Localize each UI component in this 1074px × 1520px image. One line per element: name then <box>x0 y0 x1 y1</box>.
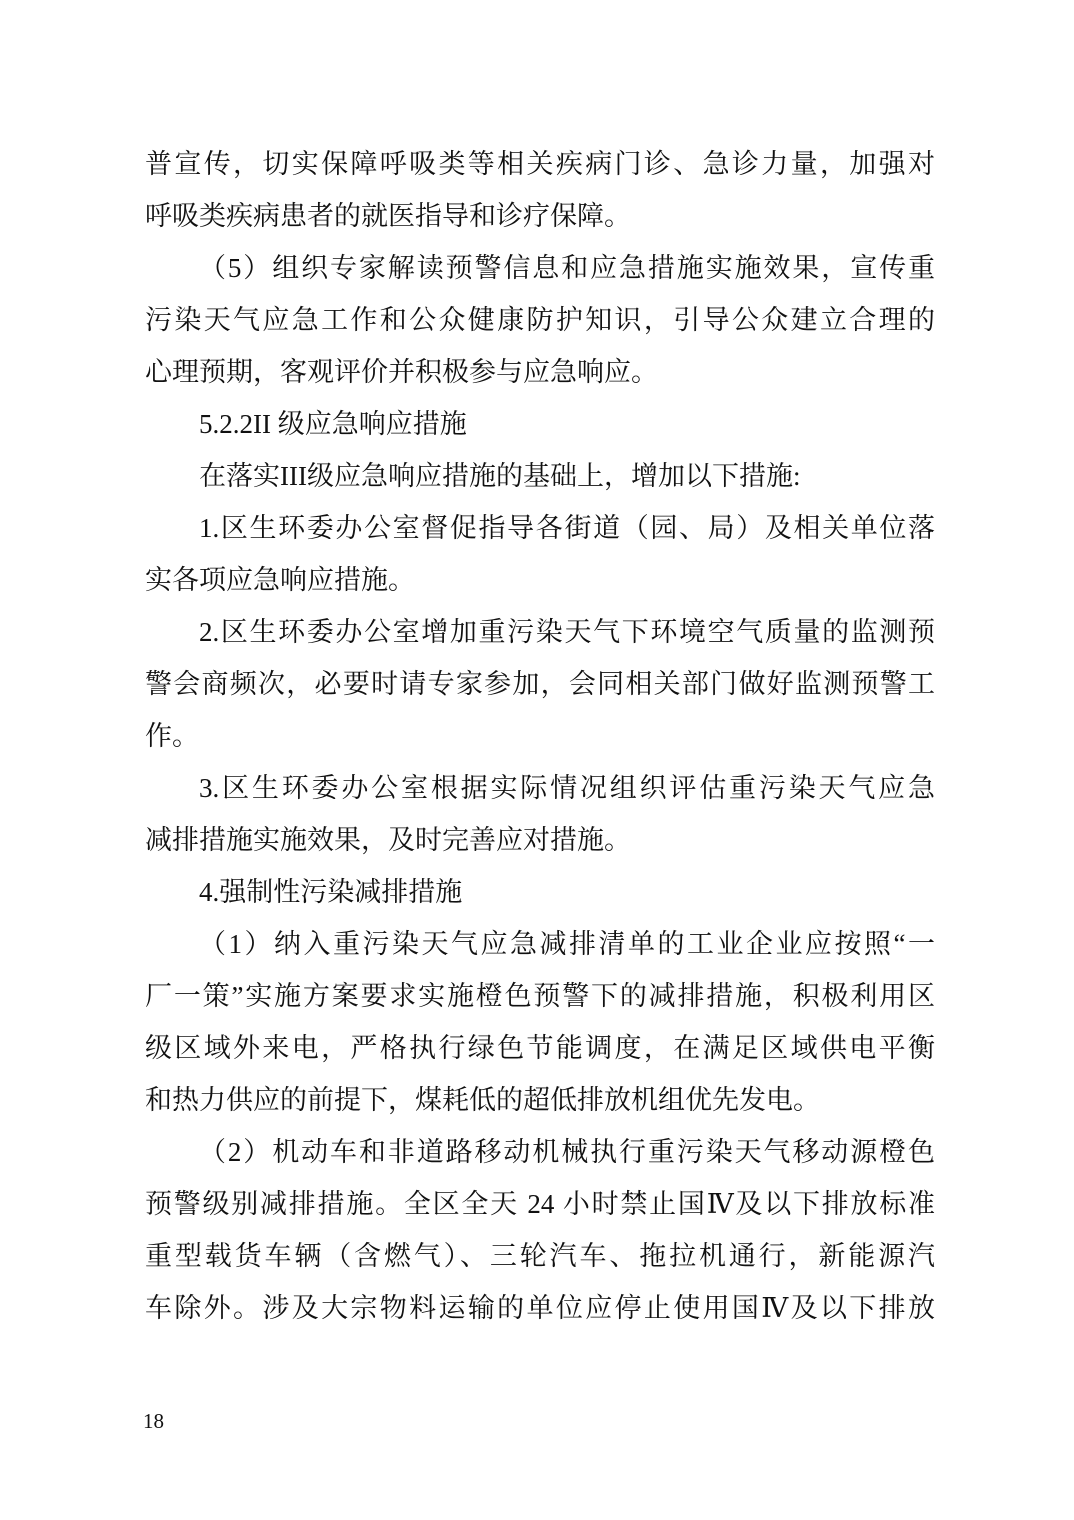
text-line: 在落实III级应急响应措施的基础上，增加以下措施: <box>145 450 935 502</box>
text-line: 厂一策”实施方案要求实施橙色预警下的减排措施，积极利用区 <box>145 970 935 1022</box>
text-line: （2）机动车和非道路移动机械执行重污染天气移动源橙色 <box>145 1126 935 1178</box>
section-heading: 4.强制性污染减排措施 <box>145 866 935 918</box>
text-line: 预警级别减排措施。全区全天 24 小时禁止国Ⅳ及以下排放标准 <box>145 1178 935 1230</box>
text-line: （1）纳入重污染天气应急减排清单的工业企业应按照“一 <box>145 918 935 970</box>
text-line: 减排措施实施效果，及时完善应对措施。 <box>145 814 935 866</box>
text-line: （5）组织专家解读预警信息和应急措施实施效果，宣传重 <box>145 242 935 294</box>
text-line: 和热力供应的前提下，煤耗低的超低排放机组优先发电。 <box>145 1074 935 1126</box>
text-line: 1.区生环委办公室督促指导各街道（园、局）及相关单位落 <box>145 502 935 554</box>
text-line: 警会商频次，必要时请专家参加，会同相关部门做好监测预警工 <box>145 658 935 710</box>
text-line: 级区域外来电，严格执行绿色节能调度，在满足区域供电平衡 <box>145 1022 935 1074</box>
text-line: 普宣传，切实保障呼吸类等相关疾病门诊、急诊力量，加强对 <box>145 138 935 190</box>
section-heading: 5.2.2II 级应急响应措施 <box>145 398 935 450</box>
text-line: 作。 <box>145 710 935 762</box>
text-line: 实各项应急响应措施。 <box>145 554 935 606</box>
text-line: 车除外。涉及大宗物料运输的单位应停止使用国Ⅳ及以下排放 <box>145 1282 935 1334</box>
text-line: 心理预期，客观评价并积极参与应急响应。 <box>145 346 935 398</box>
document-page: 普宣传，切实保障呼吸类等相关疾病门诊、急诊力量，加强对 呼吸类疾病患者的就医指导… <box>0 0 1074 1520</box>
page-number: 18 <box>143 1405 164 1437</box>
text-line: 2.区生环委办公室增加重污染天气下环境空气质量的监测预 <box>145 606 935 658</box>
text-line: 污染天气应急工作和公众健康防护知识，引导公众建立合理的 <box>145 294 935 346</box>
text-line: 3.区生环委办公室根据实际情况组织评估重污染天气应急 <box>145 762 935 814</box>
text-line: 重型载货车辆（含燃气）、三轮汽车、拖拉机通行，新能源汽 <box>145 1230 935 1282</box>
text-block: 普宣传，切实保障呼吸类等相关疾病门诊、急诊力量，加强对 呼吸类疾病患者的就医指导… <box>145 138 935 1334</box>
text-line: 呼吸类疾病患者的就医指导和诊疗保障。 <box>145 190 935 242</box>
